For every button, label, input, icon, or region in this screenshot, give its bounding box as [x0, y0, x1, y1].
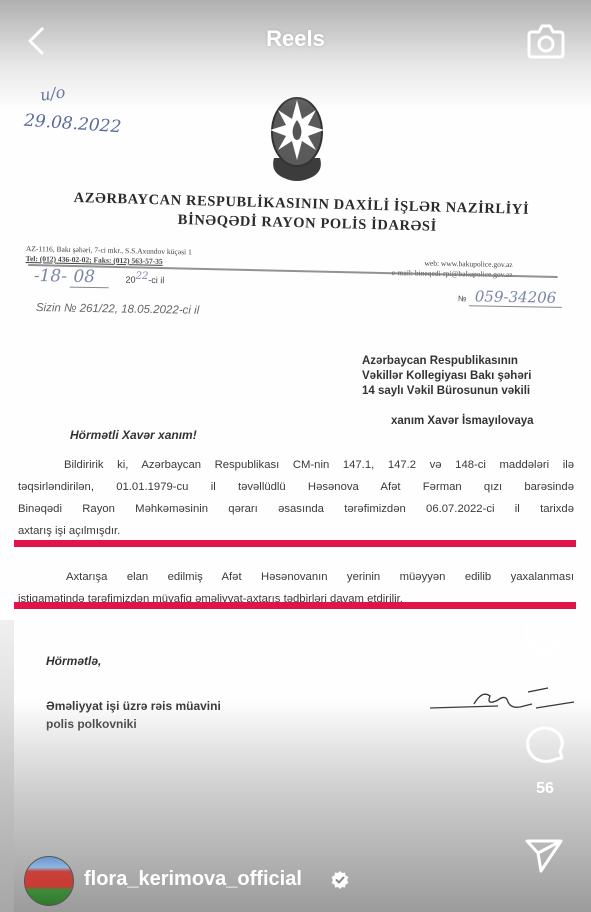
paragraph-line: Axtarışa elan edilmiş Afət Həsənovanın y… — [18, 566, 574, 588]
left-edge-shade — [0, 620, 14, 912]
recipient-line: 14 saylı Vəkil Bürosunun vəkili — [362, 384, 531, 399]
reference-line: Sizin № 261/22, 18.05.2022-ci il — [36, 302, 200, 317]
comment-button[interactable] — [524, 724, 566, 766]
paragraph-line: Bildiririk ki, Azərbaycan Respublikası C… — [18, 454, 574, 476]
date-day: -18- — [34, 266, 67, 287]
camera-icon — [526, 22, 566, 60]
paragraph-line: təqsirləndirilən, 01.01.1979-cu il təvəl… — [18, 476, 574, 498]
page-title: Reels — [0, 26, 591, 52]
document-number: № 059-34206 — [458, 287, 563, 307]
avatar[interactable] — [24, 856, 74, 906]
verified-badge-icon — [330, 870, 350, 890]
highlight-bar — [14, 602, 576, 609]
handwritten-date: 29.08.2022 — [23, 111, 122, 138]
paragraph-line: axtarış işi açılmışdır. — [18, 520, 574, 542]
username[interactable]: flora_kerimova_official — [84, 868, 302, 891]
department-heading: BİNƏQƏDİ RAYON POLİS İDARƏSİ — [178, 212, 437, 236]
paragraph-1: Bildiririk ki, Azərbaycan Respublikası C… — [18, 454, 574, 542]
recipient-block: Azərbaycan Respublikasının Vəkillər Koll… — [362, 354, 531, 399]
recipient-line: Vəkillər Kollegiyası Bakı şəhəri — [362, 369, 531, 384]
reels-screen: и/о 29.08.2022 AZƏRBAYCAN RESPUBLİKASINI… — [0, 0, 591, 912]
closing: Hörmətlə, — [46, 654, 101, 668]
date-year-suffix: 22 — [136, 271, 149, 282]
highlight-bar — [14, 540, 576, 547]
camera-button[interactable] — [526, 22, 566, 60]
share-button[interactable] — [524, 836, 564, 874]
paragraph-line: Binəqədi Rayon Məhkəməsinin qərarı əsası… — [18, 498, 574, 520]
recipient-line: Azərbaycan Respublikasının — [362, 354, 531, 369]
date-year-prefix: 20 — [125, 275, 135, 285]
heart-icon — [522, 618, 568, 660]
top-gradient — [0, 0, 591, 110]
greeting: Hörmətli Xavər xanım! — [70, 428, 197, 442]
number-value: 059-34206 — [469, 287, 563, 308]
like-count[interactable]: 224 — [515, 672, 575, 690]
date-tail: -ci il — [148, 275, 164, 285]
comment-icon — [524, 724, 566, 766]
contact-block: web: www.bakupolice.gov.az e-mail: bineq… — [392, 258, 513, 280]
number-label: № — [458, 294, 467, 303]
recipient-name: xanım Xavər İsmayılovaya — [391, 415, 534, 427]
comment-count[interactable]: 56 — [515, 780, 575, 798]
like-button[interactable] — [522, 618, 568, 660]
document-date: -18- 08 2022-ci il — [34, 266, 165, 288]
date-month: 08 — [69, 267, 109, 289]
send-icon — [524, 836, 564, 874]
